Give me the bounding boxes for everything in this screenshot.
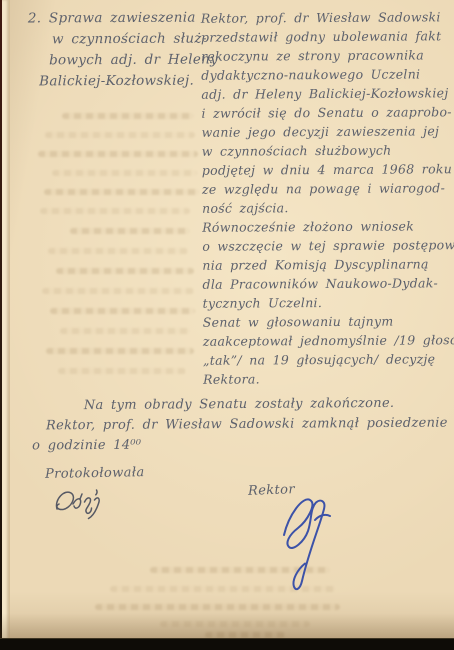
agenda-item-heading: 2. Sprawa zawieszenia w czynnościach słu… — [28, 8, 204, 93]
body-line: o wszczęcie w tej sprawie postępowa- — [202, 235, 454, 256]
show-through-text — [45, 132, 195, 138]
show-through-text — [40, 208, 190, 214]
body-line: ność zajścia. — [202, 197, 454, 218]
show-through-text — [60, 328, 190, 334]
show-through-text — [50, 308, 195, 314]
page-bottom-shadow — [0, 613, 454, 639]
body-line: zaakceptował jednomyślnie /19 głosów — [203, 330, 454, 351]
body-line: adj. dr Heleny Balickiej-Kozłowskiej — [201, 83, 453, 104]
body-line: ze względu na powagę i wiarogod- — [202, 178, 454, 199]
body-line: Rektor, prof. dr Wiesław Sadowski — [201, 7, 453, 28]
body-line: Senat w głosowaniu tajnym — [203, 311, 454, 332]
body-line: i zwrócił się do Senatu o zaaprobo- — [201, 102, 453, 123]
show-through-text — [62, 113, 194, 119]
show-through-text — [44, 189, 199, 195]
recorder-signature — [50, 482, 124, 524]
rektor-signature — [256, 489, 358, 597]
scanned-protocol-page: 2. Sprawa zawieszenia w czynnościach słu… — [0, 0, 454, 650]
scanner-black-strip — [0, 638, 454, 650]
body-line: „tak”/ na 19 głosujących/ decyzję — [203, 349, 454, 370]
show-through-text — [70, 228, 190, 234]
body-line: przedstawił godny ubolewania fakt — [201, 26, 453, 47]
show-through-text — [95, 604, 340, 610]
show-through-text — [56, 268, 194, 274]
body-line: wanie jego decyzji zawieszenia jej — [202, 121, 454, 142]
heading-line: bowych adj. dr Heleny — [49, 50, 204, 72]
protocol-body: Rektor, prof. dr Wiesław Sadowski przeds… — [201, 7, 454, 389]
body-line: Równocześnie złożono wniosek — [202, 216, 454, 237]
body-line: Rektora. — [203, 368, 454, 389]
body-line: w czynnościach służbowych — [202, 140, 454, 161]
show-through-text — [58, 368, 186, 374]
show-through-text — [52, 170, 197, 176]
body-line: nia przed Komisją Dyscyplinarną — [202, 254, 454, 275]
show-through-text — [46, 348, 194, 354]
show-through-text — [48, 248, 188, 254]
body-line: podjętej w dniu 4 marca 1968 roku — [202, 159, 454, 180]
closing-paragraph: Na tym obrady Senatu zostały zakończone.… — [32, 394, 442, 457]
heading-line: Balickiej-Kozłowskiej. — [39, 71, 204, 93]
closing-line: Na tym obrady Senatu zostały zakończone. — [84, 394, 442, 416]
show-through-text — [42, 288, 194, 294]
heading-line: w czynnościach służ- — [52, 29, 204, 51]
recorder-signature-label: Protokołowała — [45, 465, 145, 482]
closing-line: o godzinie 14⁰⁰ — [32, 434, 442, 457]
closing-line: Rektor, prof. dr Wiesław Sadowski zamkną… — [46, 414, 442, 437]
body-line: dla Pracowników Naukowo-Dydak- — [202, 273, 454, 294]
body-line: dydaktyczno-naukowego Uczelni — [201, 64, 453, 85]
heading-line: 2. Sprawa zawieszenia — [28, 8, 204, 30]
show-through-text — [38, 151, 198, 157]
page-edge — [2, 0, 10, 639]
body-line: tycznych Uczelni. — [203, 292, 454, 313]
body-line: rękoczynu ze strony pracownika — [201, 45, 453, 66]
